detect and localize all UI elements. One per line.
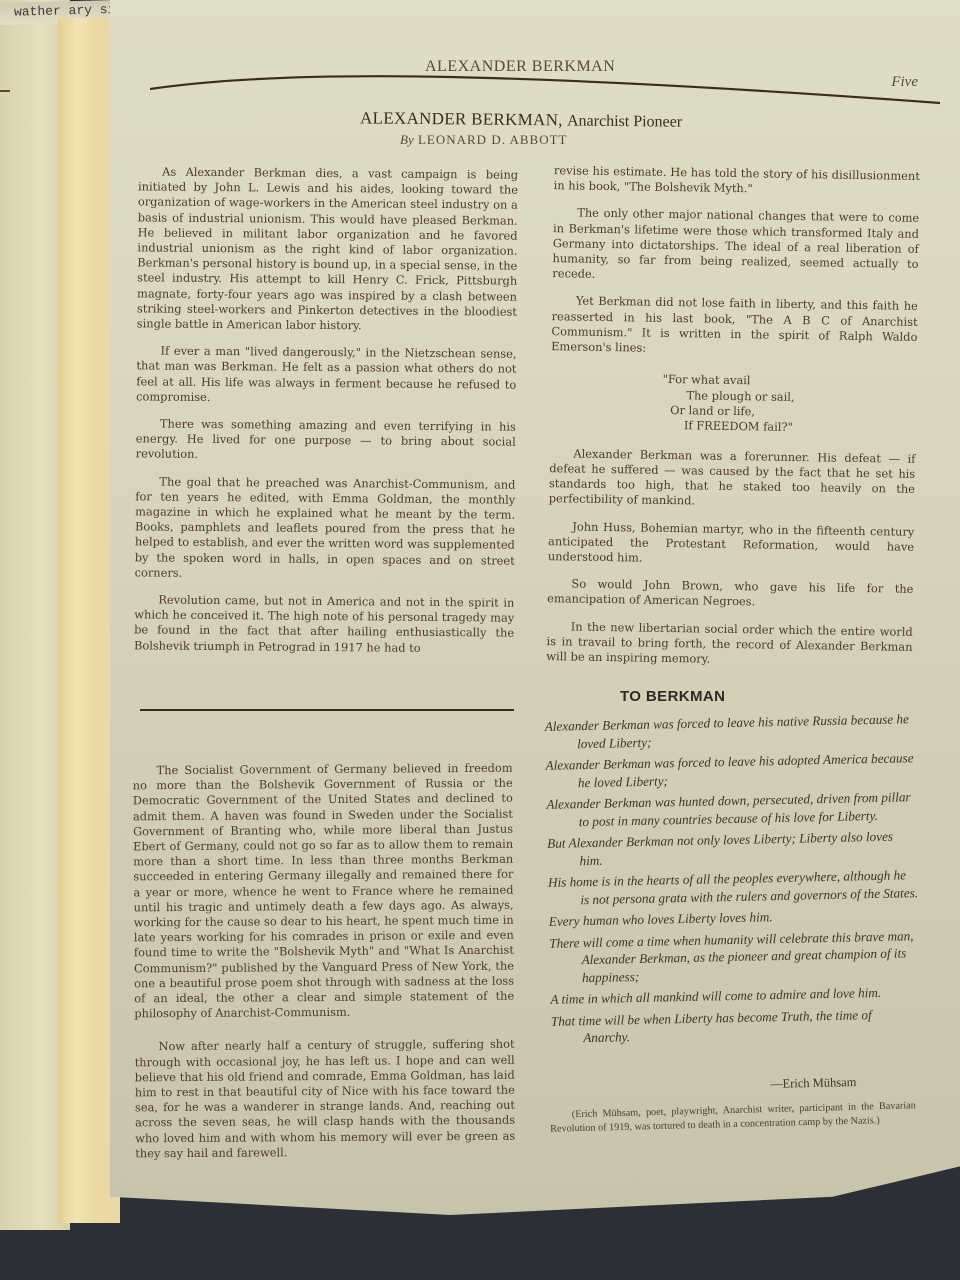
byline-prefix: By — [400, 132, 414, 147]
poem-stanza: Alexander Berkman was forced to leave hi… — [545, 710, 916, 753]
running-head: ALEXANDER BERKMAN — [425, 58, 615, 76]
tribute-poem: Alexander Berkman was forced to leave hi… — [545, 710, 922, 1051]
paragraph: The only other major national changes th… — [552, 206, 919, 288]
paragraph: Alexander Berkman was a forerunner. His … — [549, 446, 916, 513]
facing-page-rule — [0, 90, 10, 92]
poem-stanza: Every human who loves Liberty loves him. — [549, 905, 919, 930]
paragraph: So would John Brown, who gave his life f… — [547, 576, 913, 612]
byline-author: LEONARD D. ABBOTT — [418, 132, 568, 147]
left-column-bottom: The Socialist Government of Germany beli… — [133, 761, 516, 1174]
right-column-top: revise his estimate. He has told the sto… — [546, 163, 920, 682]
paragraph: The goal that he preached was Anarchist-… — [135, 474, 516, 584]
paragraph: The Socialist Government of Germany beli… — [133, 761, 515, 1022]
poem-stanza: There will come a time when humanity wil… — [549, 927, 920, 987]
byline: By LEONARD D. ABBOTT — [400, 132, 568, 148]
footnote: (Erich Mühsam, poet, playwright, Anarchi… — [550, 1099, 917, 1137]
poem-stanza: Alexander Berkman was forced to leave hi… — [545, 749, 916, 792]
poem-stanza: His home is in the hearts of all the peo… — [548, 866, 919, 909]
paragraph: In the new libertarian social order whic… — [546, 619, 913, 670]
section-divider — [140, 709, 514, 711]
poem-stanza: A time in which all mankind will come to… — [550, 983, 920, 1008]
header-swash-rule — [150, 75, 940, 105]
quote-line: If FREEDOM fail?" — [662, 418, 916, 437]
poem-signature: —Erich Mühsam — [770, 1075, 857, 1092]
paragraph: As Alexander Berkman dies, a vast campai… — [137, 164, 518, 335]
left-column-top: As Alexander Berkman dies, a vast campai… — [134, 164, 518, 668]
page-number: Five — [891, 74, 918, 91]
poem-stanza: But Alexander Berkman not only loves Lib… — [547, 827, 918, 870]
article-title-main: ALEXANDER BERKMAN, — [360, 108, 563, 129]
paragraph: There was something amazing and even ter… — [136, 416, 516, 465]
paragraph: Yet Berkman did not lose faith in libert… — [551, 294, 918, 361]
paragraph: Revolution came, but not in America and … — [134, 592, 515, 656]
footnote-text: (Erich Mühsam, poet, playwright, Anarchi… — [550, 1099, 917, 1137]
paragraph: Now after nearly half a century of strug… — [135, 1037, 516, 1161]
poem-stanza: That time will be when Liberty has becom… — [551, 1005, 922, 1048]
tribute-title: TO BERKMAN — [620, 688, 725, 705]
poem-stanza: Alexander Berkman was hunted down, perse… — [546, 788, 917, 831]
magazine-page: ALEXANDER BERKMAN Five ALEXANDER BERKMAN… — [110, 0, 960, 1215]
paragraph: If ever a man "lived dangerously," in th… — [136, 344, 517, 408]
paragraph: John Huss, Bohemian martyr, who in the f… — [548, 519, 915, 570]
paragraph-continuation: revise his estimate. He has told the sto… — [554, 163, 920, 199]
emerson-quote: "For what avail The plough or sail, Or l… — [662, 372, 917, 438]
article-title: ALEXANDER BERKMAN, Anarchist Pioneer — [360, 108, 682, 131]
article-title-sub: Anarchist Pioneer — [567, 112, 682, 130]
